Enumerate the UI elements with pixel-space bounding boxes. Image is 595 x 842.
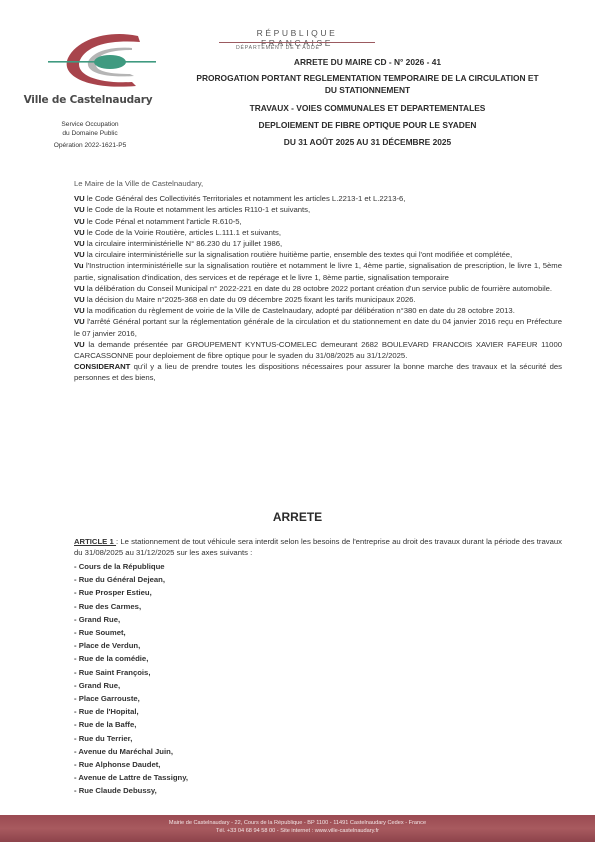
consideration-item: VU le Code de la Voirie Routière, articl… [74, 227, 562, 238]
service-line-1: Service Occupation [30, 120, 150, 129]
article-1-label: ARTICLE 1 [74, 537, 116, 546]
consideration-text: la modification du règlement de voirie d… [85, 306, 515, 315]
street-item: - Rue de la Baffe, [74, 718, 374, 731]
street-item: - Cours de la République [74, 560, 374, 573]
consideration-text: qu'il y a lieu de prendre toutes les dis… [74, 362, 562, 382]
consideration-prefix: VU [74, 205, 85, 214]
consideration-item: VU la demande présentée par GROUPEMENT K… [74, 339, 562, 361]
streets-list: - Cours de la République- Rue du Général… [74, 560, 374, 798]
document-title: PROROGATION PORTANT REGLEMENTATION TEMPO… [140, 73, 595, 96]
travaux-line: TRAVAUX - VOIES COMMUNALES ET DEPARTEMEN… [140, 103, 595, 113]
consideration-prefix: Vu [74, 261, 84, 270]
consideration-item: VU la décision du Maire n°2025-368 en da… [74, 294, 562, 305]
consideration-prefix: VU [74, 239, 85, 248]
intro: Le Maire de la Ville de Castelnaudary, [74, 178, 562, 189]
street-item: - Rue des Carmes, [74, 600, 374, 613]
consideration-prefix: VU [74, 217, 85, 226]
service-name: Service Occupation du Domaine Public [30, 120, 150, 138]
departement: DÉPARTEMENT DE L'AUDE [236, 45, 320, 51]
street-item: - Grand Rue, [74, 679, 374, 692]
consideration-prefix: VU [74, 295, 85, 304]
consideration-item: Vu l'Instruction interministérielle sur … [74, 260, 562, 282]
consideration-item: VU la circulaire interministérielle sur … [74, 249, 562, 260]
consideration-text: l'Instruction interministérielle sur la … [74, 261, 562, 281]
consideration-item: VU le Code Général des Collectivités Ter… [74, 193, 562, 204]
consideration-text: la demande présentée par GROUPEMENT KYNT… [74, 340, 562, 360]
consideration-text: l'arrêté Général portant sur la réglemen… [74, 317, 562, 337]
considerations-list: VU le Code Général des Collectivités Ter… [74, 193, 562, 383]
street-item: - Avenue de Lattre de Tassigny, [74, 771, 374, 784]
consideration-text: la circulaire interministérielle N° 86.2… [85, 239, 283, 248]
operation-number: Opération 2022-1621-P5 [30, 142, 150, 149]
arrete-number: ARRETE DU MAIRE CD - N° 2026 - 41 [140, 57, 595, 67]
street-item: - Rue de la comédie, [74, 652, 374, 665]
consideration-text: le Code Pénal et notamment l'article R.6… [85, 217, 242, 226]
consideration-item: VU l'arrêté Général portant sur la régle… [74, 316, 562, 338]
consideration-item: VU le Code Pénal et notamment l'article … [74, 216, 562, 227]
consideration-text: la délibération du Conseil Municipal n° … [85, 284, 552, 293]
service-line-2: du Domaine Public [30, 129, 150, 138]
consideration-text: le Code de la Route et notamment les art… [85, 205, 310, 214]
consideration-text: le Code de la Voirie Routière, articles … [85, 228, 281, 237]
street-item: - Avenue du Maréchal Juin, [74, 745, 374, 758]
consideration-prefix: VU [74, 306, 85, 315]
consideration-text: le Code Général des Collectivités Territ… [85, 194, 406, 203]
city-name: Ville de Castelnaudary [20, 94, 156, 106]
street-item: - Place Garrouste, [74, 692, 374, 705]
consideration-item: VU la modification du règlement de voiri… [74, 305, 562, 316]
footer-contact: Tél. +33 04 68 94 58 00 - Site internet … [0, 827, 595, 835]
document-header: ARRETE DU MAIRE CD - N° 2026 - 41 PROROG… [140, 57, 595, 147]
consideration-text: la circulaire interministérielle sur la … [85, 250, 512, 259]
street-item: - Rue Prosper Estieu, [74, 586, 374, 599]
consideration-item: VU le Code de la Route et notamment les … [74, 204, 562, 215]
footer: Mairie de Castelnaudary - 22, Cours de l… [0, 815, 595, 842]
consideration-prefix: VU [74, 317, 85, 326]
article-1: ARTICLE 1 : Le stationnement de tout véh… [74, 536, 562, 558]
consideration-prefix: VU [74, 284, 85, 293]
consideration-prefix: VU [74, 250, 85, 259]
considerations: Le Maire de la Ville de Castelnaudary, V… [74, 178, 562, 384]
street-item: - Rue Claude Debussy, [74, 784, 374, 797]
footer-address: Mairie de Castelnaudary - 22, Cours de l… [0, 819, 595, 827]
consideration-prefix: VU [74, 228, 85, 237]
article-1-text: : Le stationnement de tout véhicule sera… [74, 537, 562, 557]
consideration-text: la décision du Maire n°2025-368 en date … [85, 295, 416, 304]
consideration-item: CONSIDERANT qu'il y a lieu de prendre to… [74, 361, 562, 383]
street-item: - Grand Rue, [74, 613, 374, 626]
street-item: - Rue du Général Dejean, [74, 573, 374, 586]
arrete-title: ARRETE [0, 510, 595, 524]
street-item: - Rue de l'Hopital, [74, 705, 374, 718]
street-item: - Rue Saint François, [74, 666, 374, 679]
consideration-prefix: VU [74, 194, 85, 203]
street-item: - Rue Soumet, [74, 626, 374, 639]
street-item: - Place de Verdun, [74, 639, 374, 652]
title-line-1: PROROGATION PORTANT REGLEMENTATION TEMPO… [140, 73, 595, 85]
consideration-prefix: VU [74, 340, 85, 349]
header-divider [219, 42, 375, 43]
consideration-item: VU la circulaire interministérielle N° 8… [74, 238, 562, 249]
street-item: - Rue Alphonse Daudet, [74, 758, 374, 771]
title-line-2: DU STATIONNEMENT [140, 85, 595, 97]
deploiement-line: DEPLOIEMENT DE FIBRE OPTIQUE POUR LE SYA… [140, 120, 595, 130]
period-line: DU 31 AOÛT 2025 AU 31 DÉCEMBRE 2025 [140, 137, 595, 147]
consideration-prefix: CONSIDERANT [74, 362, 130, 371]
street-item: - Rue du Terrier, [74, 732, 374, 745]
consideration-item: VU la délibération du Conseil Municipal … [74, 283, 562, 294]
